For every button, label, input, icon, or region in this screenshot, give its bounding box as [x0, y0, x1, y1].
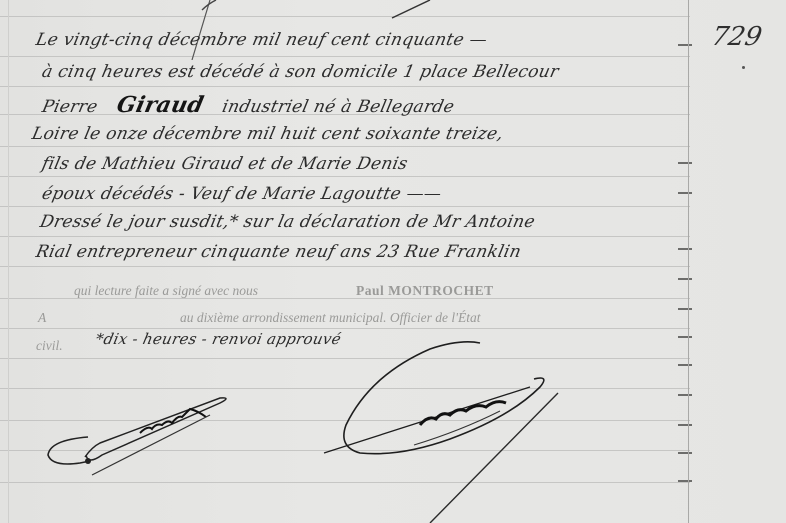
handwritten-line-1: Le vingt-cinq décembre mil neuf cent cin… [34, 30, 489, 50]
officer-signature [310, 335, 570, 523]
ruled-line [0, 86, 690, 87]
rule-tick [678, 394, 692, 396]
rule-tick [678, 308, 692, 310]
margin-dot [742, 66, 745, 69]
printed-line-2: au dixième arrondissement municipal. Off… [180, 310, 480, 326]
ruled-line [0, 206, 690, 207]
ruled-line [0, 328, 690, 329]
ruled-line [0, 236, 690, 237]
rule-tick [678, 480, 692, 482]
handwritten-line-2: à cinq heures est décédé à son domicile … [40, 62, 561, 82]
ruled-line [0, 266, 690, 267]
right-margin-line [688, 0, 689, 523]
ruled-line [0, 146, 690, 147]
rule-tick [678, 44, 692, 46]
rule-tick [678, 424, 692, 426]
ruled-line [0, 176, 690, 177]
left-margin-line [8, 0, 9, 523]
printed-line-1: qui lecture faite a signé avec nous [74, 283, 258, 299]
handwritten-line-5: fils de Mathieu Giraud et de Marie Denis [40, 154, 410, 174]
surname: Giraud [115, 92, 207, 118]
handwritten-line-4: Loire le onze décembre mil huit cent soi… [30, 124, 505, 144]
rule-tick [678, 248, 692, 250]
occupation-birthplace: industriel né à Bellegarde [220, 97, 456, 117]
handwritten-line-7: Dressé le jour susdit,* sur la déclarati… [38, 212, 537, 232]
printed-line-3: civil. [36, 338, 63, 354]
declarant-signature [40, 395, 240, 505]
marginal-note: *dix - heures - renvoi approuvé [94, 330, 343, 348]
rule-tick [678, 336, 692, 338]
printed-line-2-prefix: A [38, 310, 46, 326]
rule-tick [678, 452, 692, 454]
rule-tick [678, 192, 692, 194]
rule-tick [678, 364, 692, 366]
handwritten-line-6: époux décédés - Veuf de Marie Lagoutte —… [40, 184, 443, 204]
handwritten-line-3: Pierre Giraud industriel né à Bellegarde [40, 92, 457, 118]
printed-officer-name: Paul MONTROCHET [356, 283, 494, 299]
rule-tick [678, 162, 692, 164]
registry-page: 729 Le vingt-cinq décembre mil neuf cent… [0, 0, 786, 523]
rule-tick [678, 278, 692, 280]
act-number: 729 [709, 22, 764, 52]
first-name: Pierre [40, 97, 99, 117]
handwritten-line-8: Rial entrepreneur cinquante neuf ans 23 … [34, 242, 523, 262]
